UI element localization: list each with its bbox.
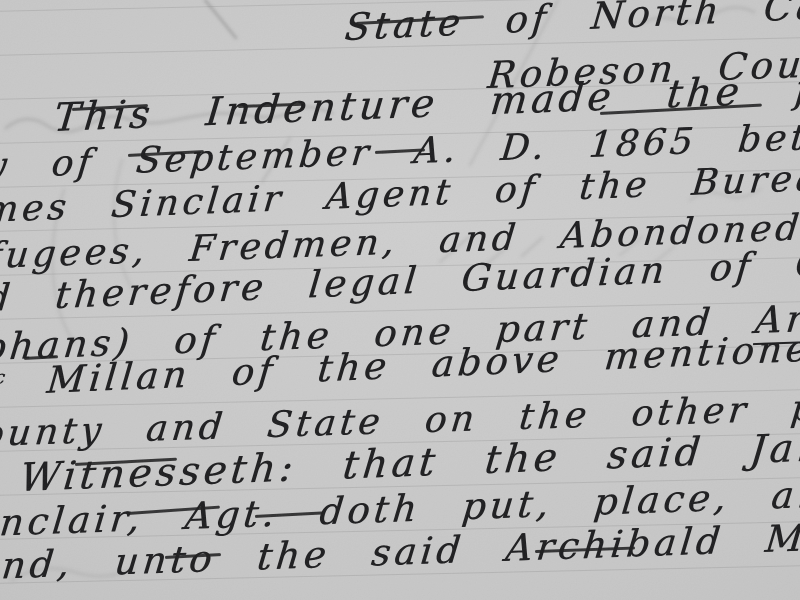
- manuscript-text-block: State of North CaroRobeson CounThis Inde…: [0, 0, 800, 600]
- manuscript-line-1: State of North Caro: [343, 0, 800, 49]
- scanned-manuscript-page: State of North CaroRobeson CounThis Inde…: [0, 0, 800, 600]
- manuscript-text-segment: State of North Caro: [343, 0, 800, 49]
